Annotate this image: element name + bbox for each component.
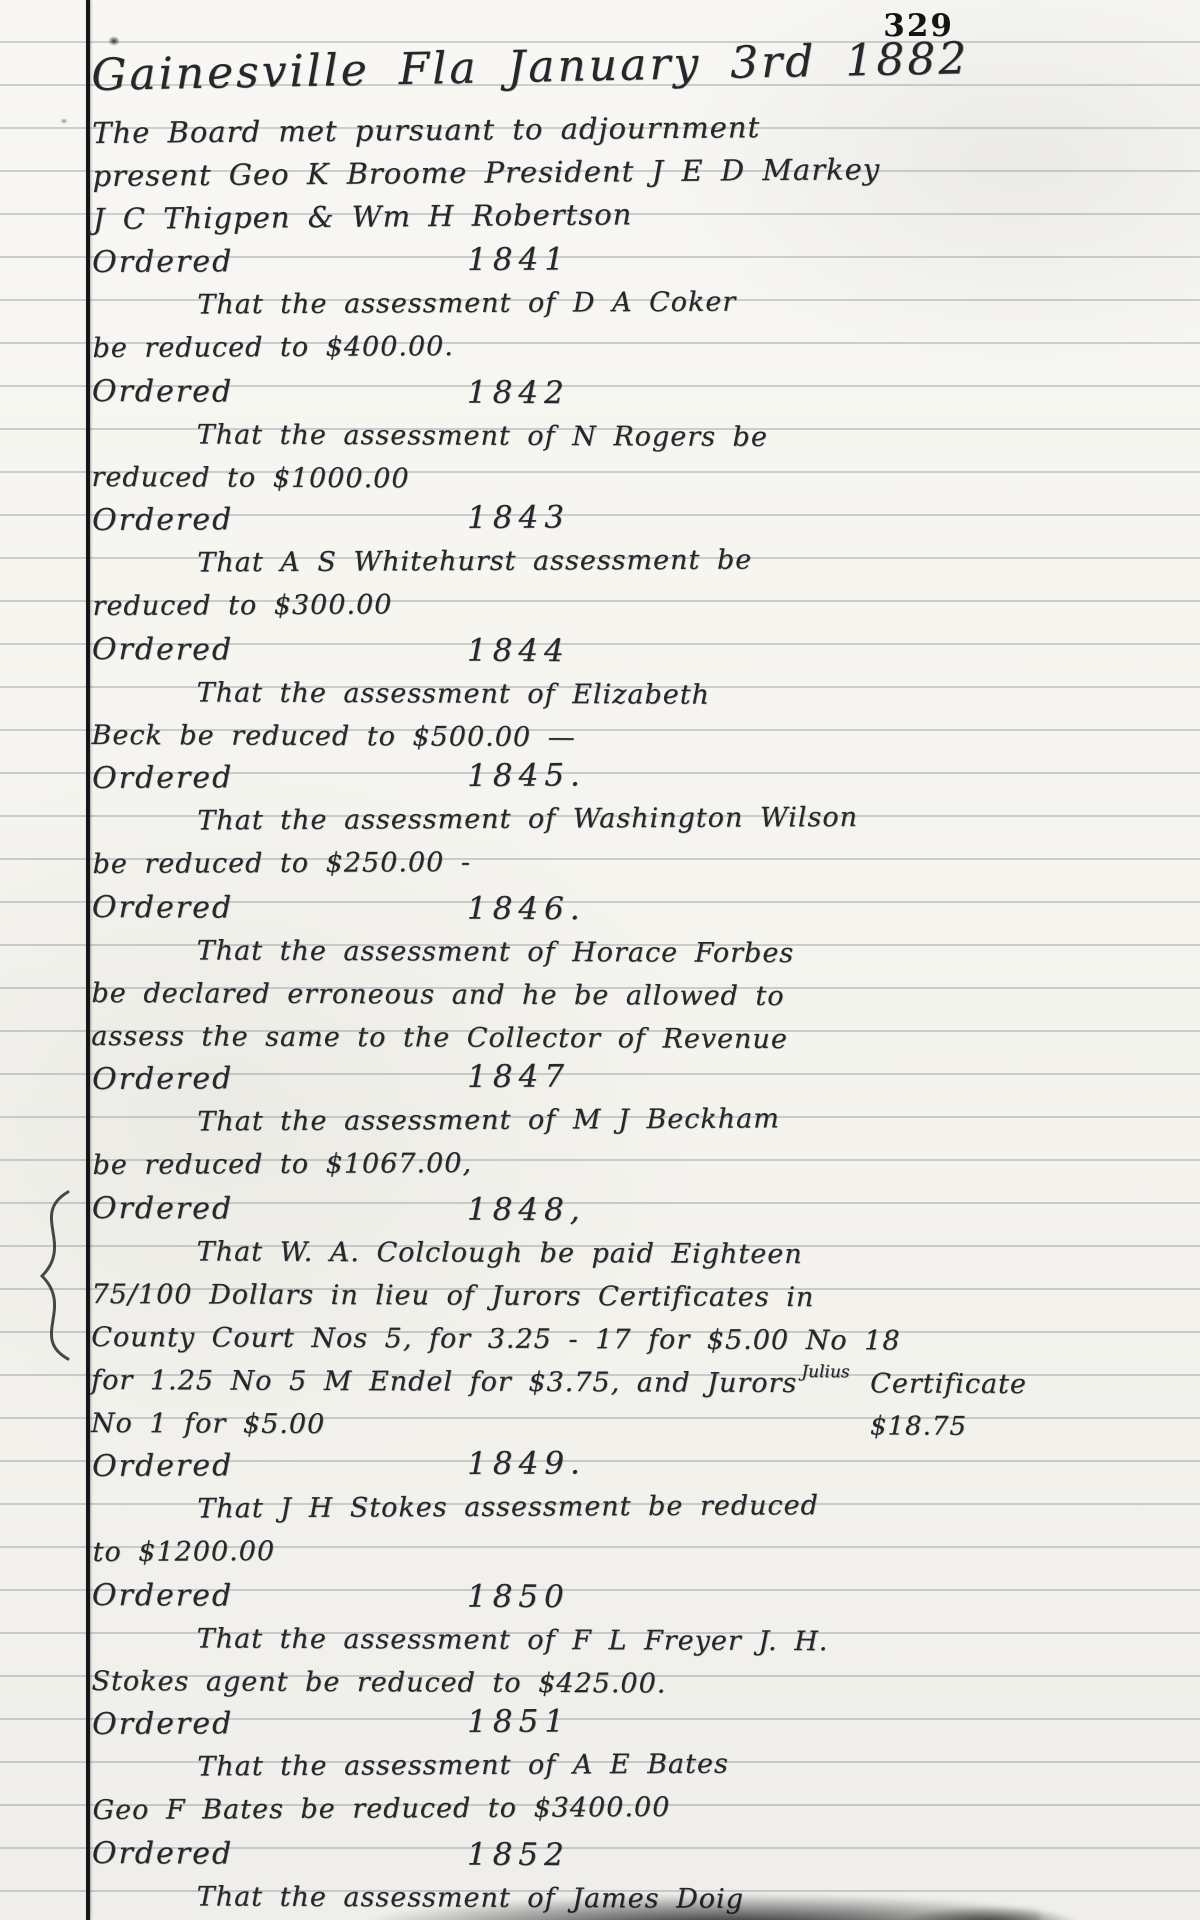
- entry-line: be reduced to $1067.00,: [92, 1139, 972, 1187]
- scanned-ledger-page: 329 Gainesville Fla January 3rd 1882 The…: [0, 0, 1200, 1920]
- entry-line: be reduced to $250.00 -: [92, 838, 972, 886]
- interlinear-insertion: Julius: [801, 1362, 849, 1382]
- entry-line: for 1.25 No 5 M Endel for $3.75, and Jur…: [91, 1359, 971, 1406]
- entry-line: be declared erroneous and he be allowed …: [91, 972, 971, 1019]
- order-number: 1851: [467, 1700, 570, 1744]
- order-number: 1849.: [467, 1442, 586, 1486]
- order-number: 1845.: [467, 754, 586, 798]
- entries: Ordered1841That the assessment of D A Co…: [92, 241, 972, 1918]
- entry-line: That the assessment of Elizabeth: [92, 671, 972, 718]
- order-number: 1844: [467, 630, 570, 673]
- left-margin-rule-line: [86, 0, 90, 1920]
- order-entry: Ordered1845.That the assessment of Washi…: [92, 752, 973, 886]
- order-label-row: Ordered1843: [92, 494, 972, 542]
- order-label-row: Ordered1851: [92, 1698, 972, 1746]
- entry-line: That A S Whitehurst assessment be: [92, 537, 972, 585]
- order-number: 1852: [467, 1834, 570, 1877]
- order-label-row: Ordered1850: [92, 1574, 972, 1621]
- order-label: Ordered: [92, 502, 233, 538]
- entry-line: reduced to $300.00: [92, 580, 972, 628]
- order-label-row: Ordered1842: [92, 370, 972, 417]
- order-label: Ordered: [92, 632, 233, 668]
- entry-line: to $1200.00: [92, 1526, 972, 1574]
- entry-line: That the assessment of F L Freyer J. H.: [92, 1617, 972, 1664]
- opening-paragraph: The Board met pursuant to adjournment pr…: [92, 104, 973, 241]
- order-entry: Ordered1847That the assessment of M J Be…: [92, 1053, 973, 1187]
- dateline: Gainesville Fla January 3rd 1882: [91, 23, 972, 112]
- order-label: Ordered: [92, 1191, 233, 1227]
- opening-line: present Geo K Broome President J E D Mar…: [92, 147, 972, 198]
- entry-line: Geo F Bates be reduced to $3400.00: [92, 1784, 972, 1832]
- order-entry: Ordered1851That the assessment of A E Ba…: [92, 1698, 973, 1832]
- entry-line: be reduced to $400.00.: [92, 322, 972, 370]
- entry-line: That the assessment of A E Bates: [92, 1741, 972, 1789]
- order-number: 1841: [467, 238, 570, 282]
- order-entry: Ordered1842That the assessment of N Roge…: [91, 370, 972, 503]
- entry-line: That the assessment of Horace Forbes: [92, 929, 972, 976]
- order-entry: Ordered1846.That the assessment of Horac…: [91, 886, 972, 1062]
- order-entry: Ordered1841That the assessment of D A Co…: [92, 236, 973, 370]
- order-label-row: Ordered1852: [92, 1832, 972, 1879]
- handwritten-content: Gainesville Fla January 3rd 1882 The Boa…: [92, 40, 972, 1918]
- order-number: 1846.: [467, 888, 586, 932]
- order-entry: Ordered1848,That W. A. Colclough be paid…: [91, 1187, 972, 1449]
- order-label: Ordered: [92, 1836, 233, 1872]
- order-label-row: Ordered1849.: [92, 1440, 972, 1488]
- ink-speck: [60, 118, 68, 124]
- order-entry: Ordered1849.That J H Stokes assessment b…: [92, 1440, 973, 1574]
- order-entry: Ordered1844That the assessment of Elizab…: [91, 628, 972, 761]
- order-number: 1850: [467, 1576, 570, 1619]
- order-label: Ordered: [92, 244, 233, 280]
- order-label: Ordered: [92, 890, 233, 926]
- order-label: Ordered: [92, 1578, 233, 1614]
- opening-line: The Board met pursuant to adjournment: [92, 104, 972, 155]
- order-label-row: Ordered1848,: [92, 1187, 972, 1234]
- margin-brace-mark: [12, 1188, 82, 1363]
- entry-line: County Court Nos 5, for 3.25 - 17 for $5…: [91, 1316, 971, 1363]
- order-label: Ordered: [92, 1706, 233, 1742]
- order-entry: Ordered1843That A S Whitehurst assessmen…: [92, 494, 973, 628]
- order-label-row: Ordered1844: [92, 628, 972, 675]
- entry-line: That the assessment of D A Coker: [92, 279, 972, 327]
- order-number: 1848,: [467, 1189, 586, 1233]
- order-label: Ordered: [92, 374, 233, 410]
- order-entry: Ordered1850That the assessment of F L Fr…: [91, 1574, 972, 1707]
- order-label: Ordered: [92, 760, 233, 796]
- entry-line: That the assessment of N Rogers be: [92, 413, 972, 460]
- entry-line: That J H Stokes assessment be reduced: [92, 1483, 972, 1531]
- order-label-row: Ordered1841: [92, 236, 972, 284]
- order-label-row: Ordered1847: [92, 1053, 972, 1101]
- opening-line: J C Thigpen & Wm H Robertson: [93, 190, 973, 241]
- order-label-row: Ordered1846.: [92, 886, 972, 933]
- bottom-scan-smudge: [900, 1906, 1080, 1920]
- order-label: Ordered: [92, 1061, 233, 1097]
- order-number: 1847: [467, 1055, 570, 1099]
- order-label-row: Ordered1845.: [92, 752, 972, 800]
- order-number: 1843: [467, 496, 570, 540]
- entry-line: That W. A. Colclough be paid Eighteen: [92, 1230, 972, 1277]
- order-label: Ordered: [92, 1448, 233, 1484]
- entry-line: That the assessment of Washington Wilson: [92, 795, 972, 843]
- order-number: 1842: [467, 372, 570, 415]
- entry-line: That the assessment of M J Beckham: [92, 1096, 972, 1144]
- entry-line: 75/100 Dollars in lieu of Jurors Certifi…: [91, 1273, 971, 1320]
